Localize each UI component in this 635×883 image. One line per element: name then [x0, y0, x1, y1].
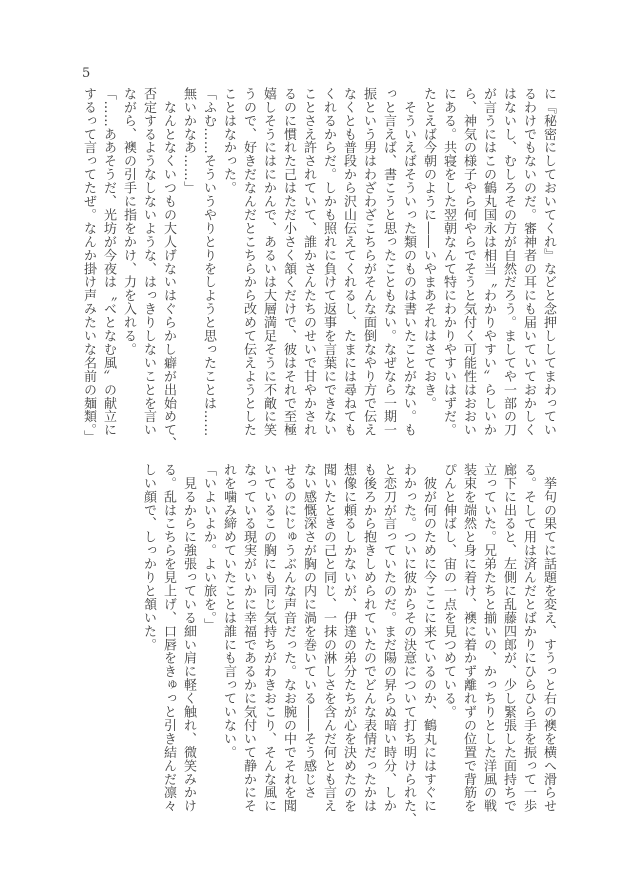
text-line: 挙句の果てに話題を変え、すうっと右の襖を横へ滑らせ — [538, 463, 558, 814]
text-line: そういえばそういった類のものは書いたことがない。も — [398, 87, 418, 438]
text-line: なっている現実がいかに幸福であるかに気付いて静かにそ — [238, 463, 258, 814]
text-line: るのに慣れた己はただ小さく頷くだけで、彼はそれで至極 — [278, 87, 298, 438]
text-line: いているこの胸にも同じ気持ちがわきおこり、そんな風に — [258, 463, 278, 814]
text-line: 「……ああそうだ、光坊が今夜は〝べとなむ風〟の献立に — [98, 87, 118, 438]
page-number: 5 — [82, 66, 90, 81]
text-line: 立っていた。兄弟たちと揃いの、かっちりとした洋風の戦 — [478, 463, 498, 814]
text-line: 否定するようなしないような、はっきりしないことを言い — [138, 87, 158, 438]
text-line: ことはなかった。 — [218, 87, 238, 438]
text-line: うので、好きだなんだとこちらから改めて伝えようとした — [238, 87, 258, 438]
text-line: に『秘密にしておいてくれ』などと念押ししてまわってい — [538, 87, 558, 438]
text-line: るわけでもないのだ。審神者の耳にも届いていておかしく — [518, 87, 538, 438]
text-line: る。そして用は済んだとばかりにひらひら手を振って一歩 — [518, 463, 538, 814]
text-line: っと言えば、書こうと思ったこともない。なぜなら一期一 — [378, 87, 398, 438]
text-line: 聞いたときの己と同じ、一抹の淋しさを含んだ何とも言え — [318, 463, 338, 814]
text-line: はないし、むしろその方が自然だろう。ましてや一部の刀 — [498, 87, 518, 438]
text-line: なくとも普段から沢山伝えてくれるし、たまには尋ねても — [338, 87, 358, 438]
text-line: が言うにはこの鶴丸国永は相当〝わかりやすい〟らしいか — [478, 87, 498, 438]
lower-text-block: 挙句の果てに話題を変え、すうっと右の襖を横へ滑らせる。そして用は済んだとばかりに… — [138, 463, 558, 814]
text-line: 無いかなあ……」 — [178, 87, 198, 438]
text-line: ぴんと伸ばし、宙の一点を見つめている。 — [438, 463, 458, 814]
text-line: するって言ってたぜ。なんか掛け声みたいな名前の麺類。」 — [78, 87, 98, 438]
text-line: しい顔で、しっかりと頷いた。 — [138, 463, 158, 814]
text-line: にある。共寝をした翌朝なんて特にわかりやすいはずだ。 — [438, 87, 458, 438]
text-line: ない感慨深さが胸の内に渦を巻いている――そう感じさ — [298, 463, 318, 814]
text-line: ながら、襖の引手に指をかけ、力を入れる。 — [118, 87, 138, 438]
text-line: 嬉しそうにはにかんで、あるいは大層満足そうに不敵に笑 — [258, 87, 278, 438]
text-line: 彼が何のために今ここに来ているのか、鶴丸にはすぐに — [418, 463, 438, 814]
text-line: 「いよいよか。よい旅を。」 — [198, 463, 218, 814]
text-line: れを噛み締めていたことは誰にも言っていない。 — [218, 463, 238, 814]
text-line: 装束を端然と身に着け、襖に着かず離れずの位置で背筋を — [458, 463, 478, 814]
text-line: わかった。ついに彼からその決意について打ち明けられた、 — [398, 463, 418, 814]
text-line: くれるからだ。しかも照れに負けて返事を言葉にできない — [318, 87, 338, 438]
text-line: ら、神気の様子やら何やらでそうと気付く可能性はおおい — [458, 87, 478, 438]
text-line: 想像に頼るしかないが、伊達の弟分たちが心を決めたのを — [338, 463, 358, 814]
text-line: たとえば今朝のように――いやまあそれはさておき。 — [418, 87, 438, 438]
text-line: 「ふむ……そういうやりとりをしようと思ったことは…… — [198, 87, 218, 438]
text-line: 廊下に出ると、左側に乱藤四郎が、少し緊張した面持ちで — [498, 463, 518, 814]
text-line: なんとなくいつもの大人げないはぐらかし癖が出始めて、 — [158, 87, 178, 438]
text-line: も後ろから抱きしめられていたのでどんな表情だったかは — [358, 463, 378, 814]
text-line: と恋刀が言っていたのだ。まだ陽の昇らぬ暗い時分、しか — [378, 463, 398, 814]
text-line: 見るからに強張っている細い肩に軽く触れ、微笑みかけ — [178, 463, 198, 814]
text-line: ことさえ許されていて、誰かさんたちのせいで甘やかされ — [298, 87, 318, 438]
text-line: せるのにじゅうぶんな声音だった。なお腕の中でそれを聞 — [278, 463, 298, 814]
upper-text-block: に『秘密にしておいてくれ』などと念押ししてまわっているわけでもないのだ。審神者の… — [78, 87, 558, 438]
book-page: 5 に『秘密にしておいてくれ』などと念押ししてまわっているわけでもないのだ。審神… — [0, 0, 635, 883]
text-line: 振という男はわざわざこちらがそんな面倒なやり方で伝え — [358, 87, 378, 438]
text-line: る。乱はこちらを見上げ、口唇をきゅっと引き結んだ凛々 — [158, 463, 178, 814]
